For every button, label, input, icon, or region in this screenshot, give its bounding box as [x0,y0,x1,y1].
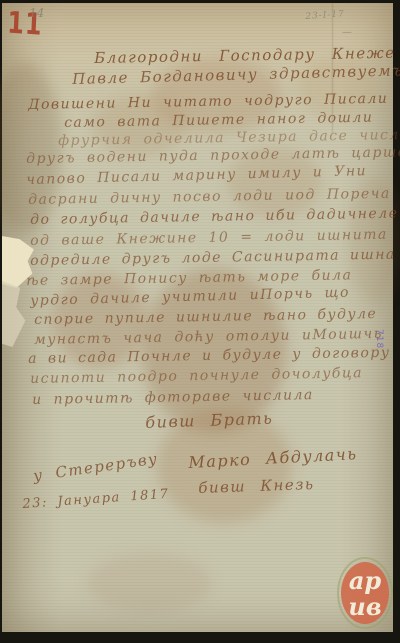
pencil-date-note: 23-I-17 [305,9,345,22]
manuscript-line: и прочитѣ фотораве числила [32,387,314,408]
manuscript-line: исипоти поодро почнуле дочолубца [30,365,363,387]
manuscript-line: бивш Брать [145,409,274,432]
letter-paper: 11 14 23-I-17 — 718 Благородни Господару… [2,3,393,632]
manuscript-line: урдго дачиле учитили иПорчь що [30,285,350,309]
manuscript-line: дасрани дичну посво лоди иод Пореча [28,186,391,208]
pencil-folio-number: 14 [29,6,44,20]
manuscript-line: одредиле другъ лоде Сасинирата ишна [30,247,396,269]
manuscript-line: у Стереръву [32,449,159,484]
manuscript-line: мунастъ чача доћу отолуи иМоишчь [34,326,383,348]
manuscript-line: од ваше Кнежине 10 = лоди ишнита [30,227,388,249]
manuscript-line: чапово Писали марину имилу и Уни [26,163,367,188]
manuscript-line: 23: Јануара 1817 [22,487,170,512]
stamp-letters-top: ар [349,566,382,595]
stamp-letters-bottom: ив [348,592,381,621]
manuscript-line: спорие пупиле ишнилие ѣано будуле [34,306,377,328]
manuscript-line: Марко Абдулачь [188,444,358,472]
scanned-letter-screenshot: { "page": { "kind": "scanned handwritten… [0,0,400,643]
archive-stamp: ар ив [336,555,396,633]
torn-edge-patch-shadow [2,281,28,347]
stain-bottom-left [87,553,212,613]
archive-stamp-graphic: ар ив [336,555,396,633]
manuscript-line: а ви сада Почнле и будуле у договору [28,345,391,367]
manuscript-line: до голубца дачиле ѣано иби дадичнеле [30,206,399,228]
manuscript-line: бивш Кнезь [198,475,315,497]
pencil-dash: — [342,27,352,38]
